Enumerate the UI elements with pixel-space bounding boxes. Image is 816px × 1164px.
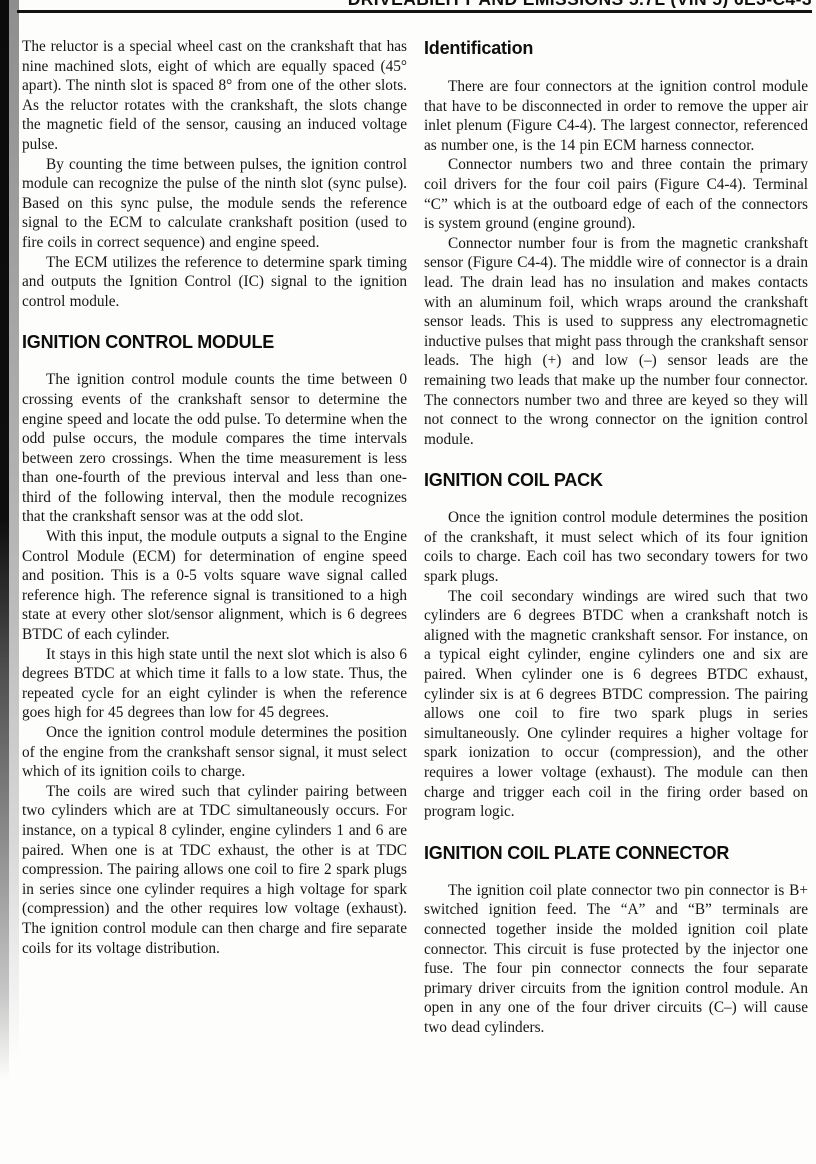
paragraph-cylinder-pairing: The coils are wired such that cylinder p… xyxy=(22,782,407,958)
right-column: Identification There are four connectors… xyxy=(424,37,808,1038)
paragraph-reluctor: The reluctor is a special wheel cast on … xyxy=(22,37,407,155)
paragraph-secondary-windings: The coil secondary windings are wired su… xyxy=(424,587,808,822)
page-body: The reluctor is a special wheel cast on … xyxy=(22,37,808,1038)
header-title: DRIVEABILITY AND EMISSIONS 5.7L (VIN 5) … xyxy=(348,0,812,8)
scan-gutter-artifact-dark xyxy=(0,0,9,1080)
paragraph-coil-selection: Once the ignition control module determi… xyxy=(424,508,808,586)
paragraph-high-state: It stays in this high state until the ne… xyxy=(22,645,407,723)
section-heading-identification: Identification xyxy=(424,38,808,59)
header-divider-rule xyxy=(17,10,812,13)
manual-page: DRIVEABILITY AND EMISSIONS 5.7L (VIN 5) … xyxy=(0,0,816,1164)
paragraph-reference-high: With this input, the module outputs a si… xyxy=(22,527,407,645)
paragraph-coil-drivers: Connector numbers two and three contain … xyxy=(424,155,808,233)
paragraph-sync-pulse: By counting the time between pulses, the… xyxy=(22,155,407,253)
left-column: The reluctor is a special wheel cast on … xyxy=(22,37,407,1038)
section-heading-ignition-coil-pack: IGNITION COIL PACK xyxy=(424,470,808,491)
page-header: DRIVEABILITY AND EMISSIONS 5.7L (VIN 5) … xyxy=(330,0,812,8)
paragraph-plate-connector: The ignition coil plate connector two pi… xyxy=(424,881,808,1038)
paragraph-four-connectors: There are four connectors at the ignitio… xyxy=(424,77,808,155)
scan-gutter-artifact-light xyxy=(9,0,19,1060)
paragraph-zero-crossing: The ignition control module counts the t… xyxy=(22,370,407,527)
paragraph-engine-position: Once the ignition control module determi… xyxy=(22,723,407,782)
paragraph-ecm-reference: The ECM utilizes the reference to determ… xyxy=(22,253,407,312)
paragraph-connector-four: Connector number four is from the magnet… xyxy=(424,234,808,450)
section-heading-ignition-control-module: IGNITION CONTROL MODULE xyxy=(22,332,407,353)
section-heading-ignition-coil-plate-connector: IGNITION COIL PLATE CONNECTOR xyxy=(424,843,808,864)
